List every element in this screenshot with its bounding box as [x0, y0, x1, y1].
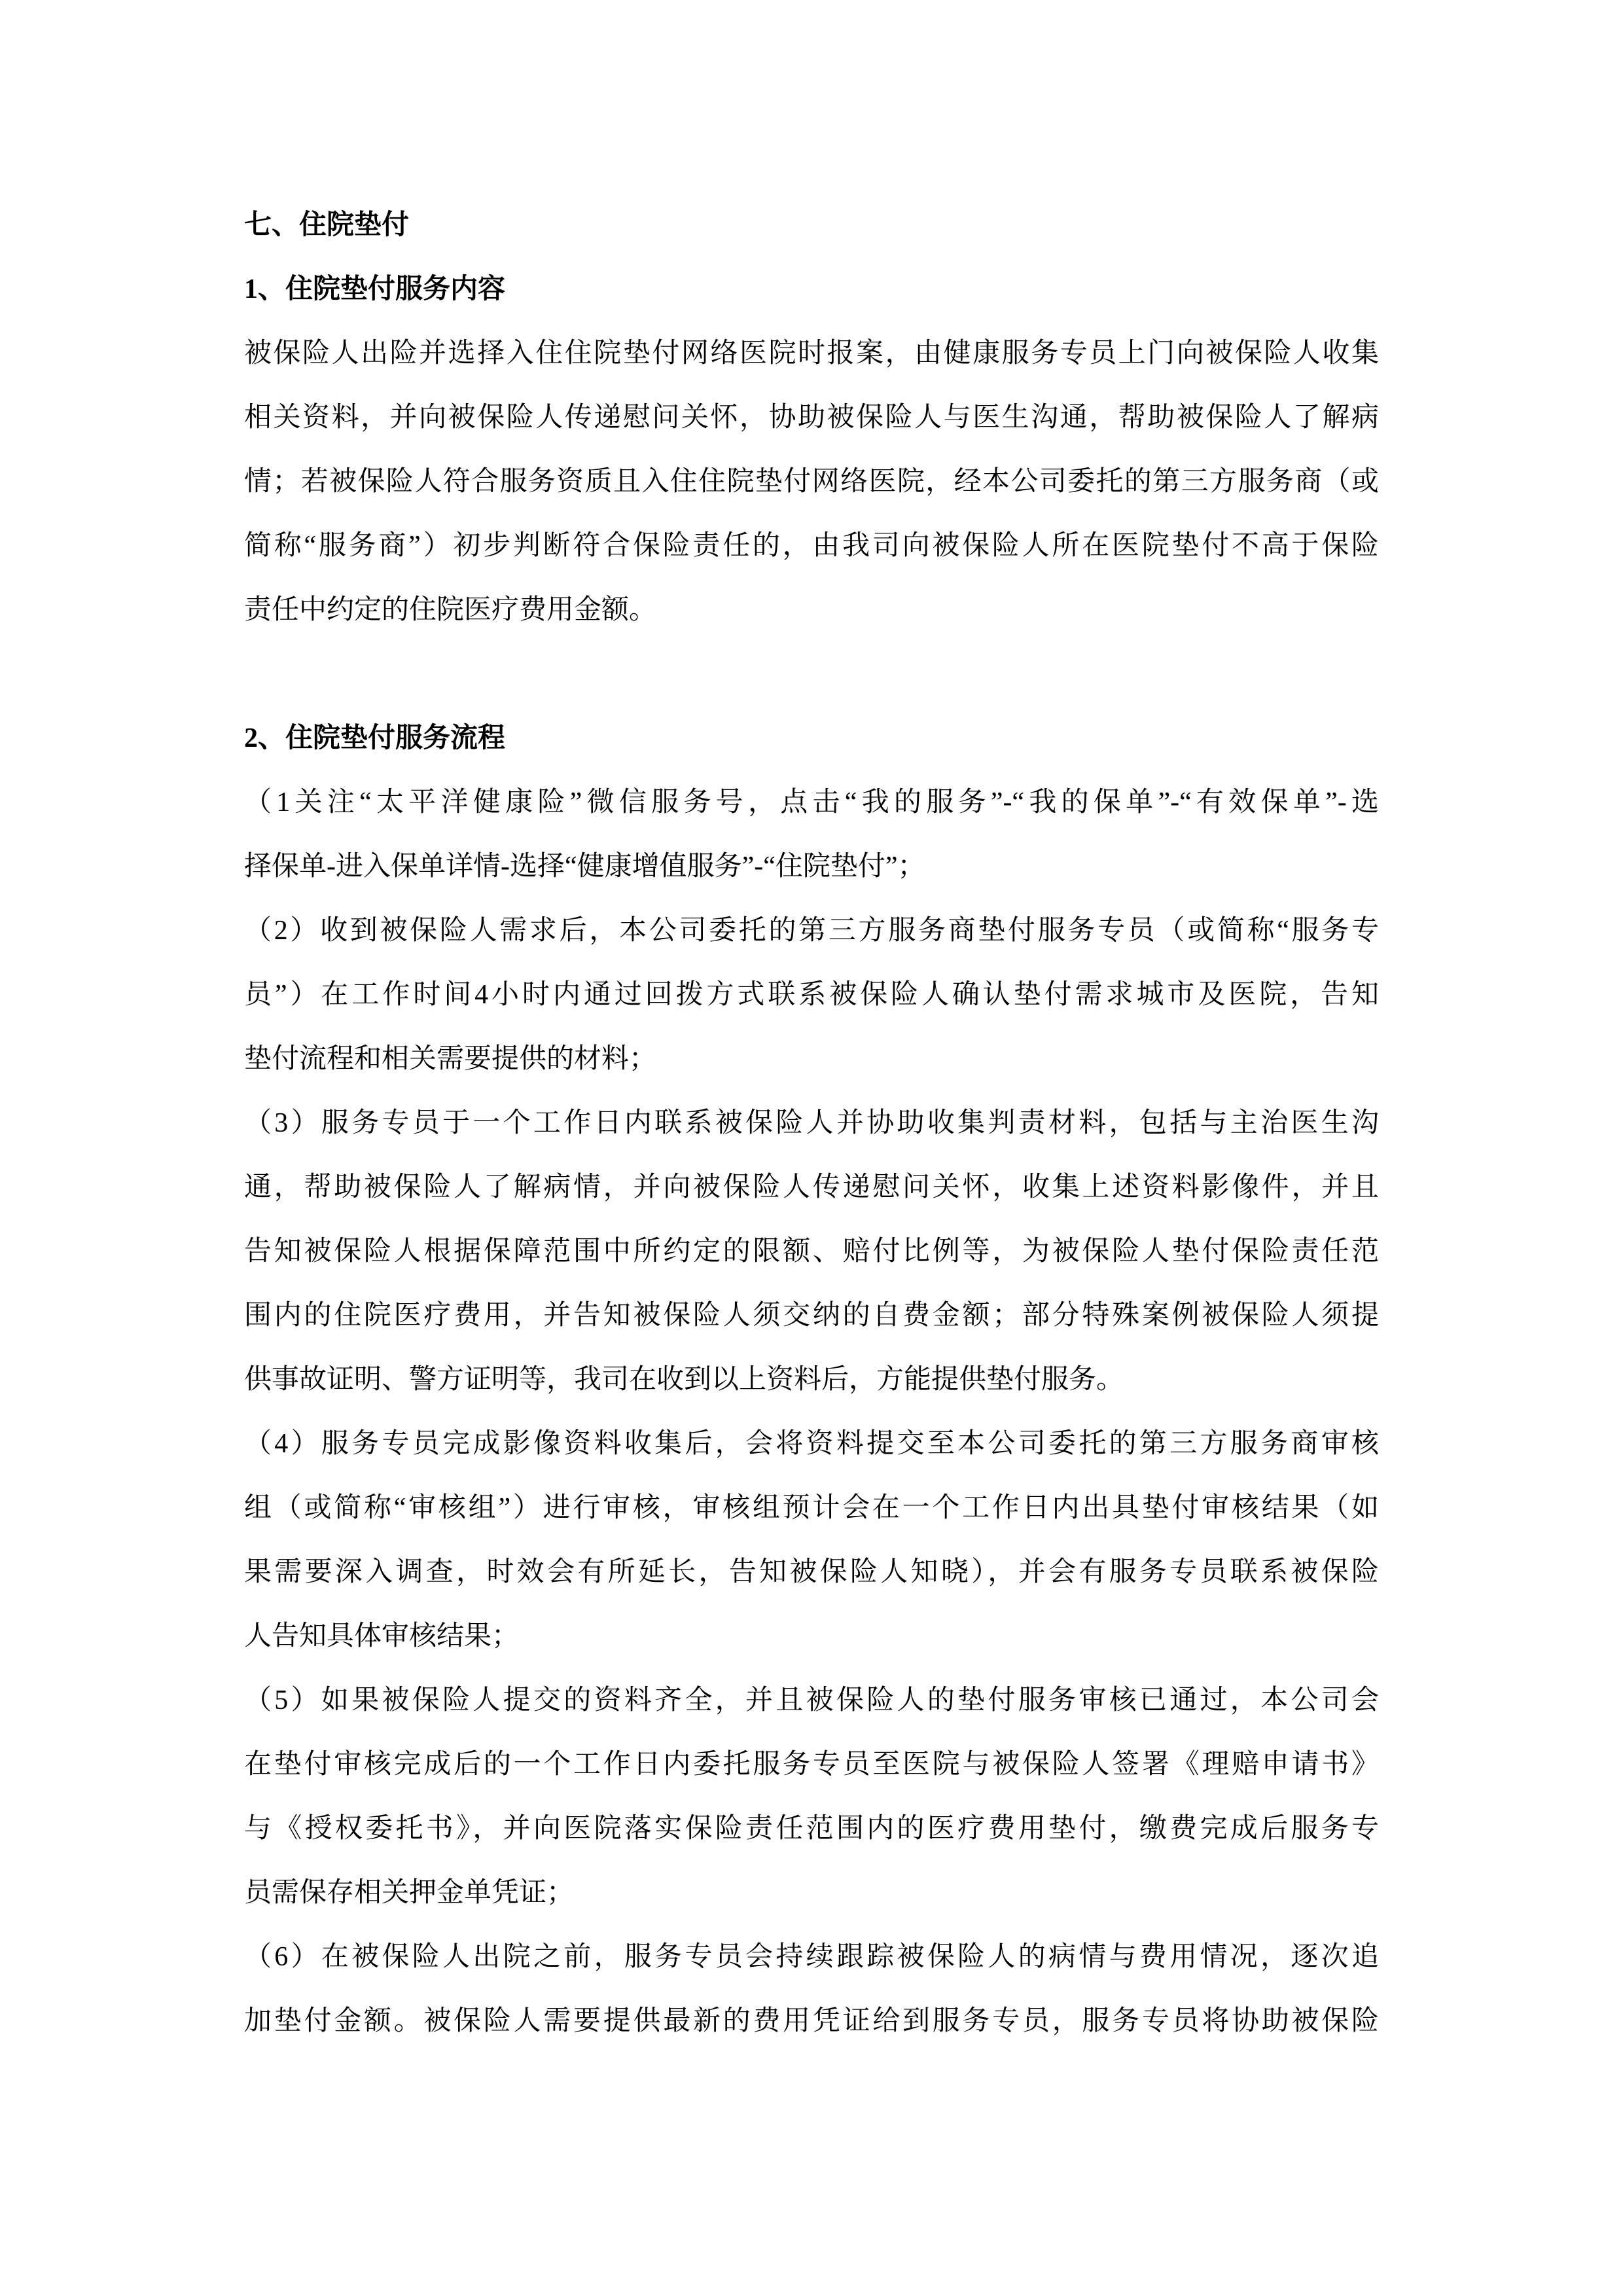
body-line: 果需要深入调查，时效会有所延长，告知被保险人知晓），并会有服务专员联系被保险: [244, 1540, 1379, 1604]
section-heading: 七、住院垫付: [244, 193, 1379, 257]
document-page: 七、住院垫付1、住院垫付服务内容被保险人出险并选择入住住院垫付网络医院时报案，由…: [0, 0, 1623, 2296]
body-line: 垫付流程和相关需要提供的材料；: [244, 1027, 1379, 1091]
body-line: 人告知具体审核结果；: [244, 1604, 1379, 1668]
body-line: 组（或简称“审核组”）进行审核，审核组预计会在一个工作日内出具垫付审核结果（如: [244, 1476, 1379, 1540]
body-line: 告知被保险人根据保障范围中所约定的限额、赔付比例等，为被保险人垫付保险责任范: [244, 1219, 1379, 1283]
body-line: 择保单-进入保单详情-选择“健康增值服务”-“住院垫付”；: [244, 834, 1379, 899]
body-line: （3）服务专员于一个工作日内联系被保险人并协助收集判责材料，包括与主治医生沟: [244, 1091, 1379, 1155]
body-line: 员”）在工作时间4小时内通过回拨方式联系被保险人确认垫付需求城市及医院，告知: [244, 963, 1379, 1027]
body-line: （5）如果被保险人提交的资料齐全，并且被保险人的垫付服务审核已通过，本公司会: [244, 1668, 1379, 1732]
body-line: （6）在被保险人出院之前，服务专员会持续跟踪被保险人的病情与费用情况，逐次追: [244, 1925, 1379, 1989]
body-line: 情；若被保险人符合服务资质且入住住院垫付网络医院，经本公司委托的第三方服务商（或: [244, 450, 1379, 514]
body-line: 责任中约定的住院医疗费用金额。: [244, 578, 1379, 642]
body-line: 围内的住院医疗费用，并告知被保险人须交纳的自费金额；部分特殊案例被保险人须提: [244, 1283, 1379, 1348]
body-line: 被保险人出险并选择入住住院垫付网络医院时报案，由健康服务专员上门向被保险人收集: [244, 321, 1379, 386]
body-line: 通，帮助被保险人了解病情，并向被保险人传递慰问关怀，收集上述资料影像件，并且: [244, 1155, 1379, 1219]
body-line: 与《授权委托书》，并向医院落实保险责任范围内的医疗费用垫付，缴费完成后服务专: [244, 1797, 1379, 1861]
body-line: 供事故证明、警方证明等，我司在收到以上资料后，方能提供垫付服务。: [244, 1348, 1379, 1412]
sub-heading: 2、住院垫付服务流程: [244, 706, 1379, 770]
body-line: 简称“服务商”）初步判断符合保险责任的，由我司向被保险人所在医院垫付不高于保险: [244, 514, 1379, 578]
body-line: 员需保存相关押金单凭证；: [244, 1861, 1379, 1925]
body-line: 加垫付金额。被保险人需要提供最新的费用凭证给到服务专员，服务专员将协助被保险: [244, 1989, 1379, 2053]
sub-heading: 1、住院垫付服务内容: [244, 257, 1379, 321]
body-line: 相关资料，并向被保险人传递慰问关怀，协助被保险人与医生沟通，帮助被保险人了解病: [244, 386, 1379, 450]
body-line: （1关注“太平洋健康险”微信服务号，点击“我的服务”-“我的保单”-“有效保单”…: [244, 770, 1379, 834]
body-line: 在垫付审核完成后的一个工作日内委托服务专员至医院与被保险人签署《理赔申请书》: [244, 1732, 1379, 1797]
blank-line: [244, 642, 1379, 706]
document-text-block: 七、住院垫付1、住院垫付服务内容被保险人出险并选择入住住院垫付网络医院时报案，由…: [244, 193, 1379, 2053]
body-line: （4）服务专员完成影像资料收集后，会将资料提交至本公司委托的第三方服务商审核: [244, 1412, 1379, 1476]
body-line: （2）收到被保险人需求后，本公司委托的第三方服务商垫付服务专员（或简称“服务专: [244, 899, 1379, 963]
